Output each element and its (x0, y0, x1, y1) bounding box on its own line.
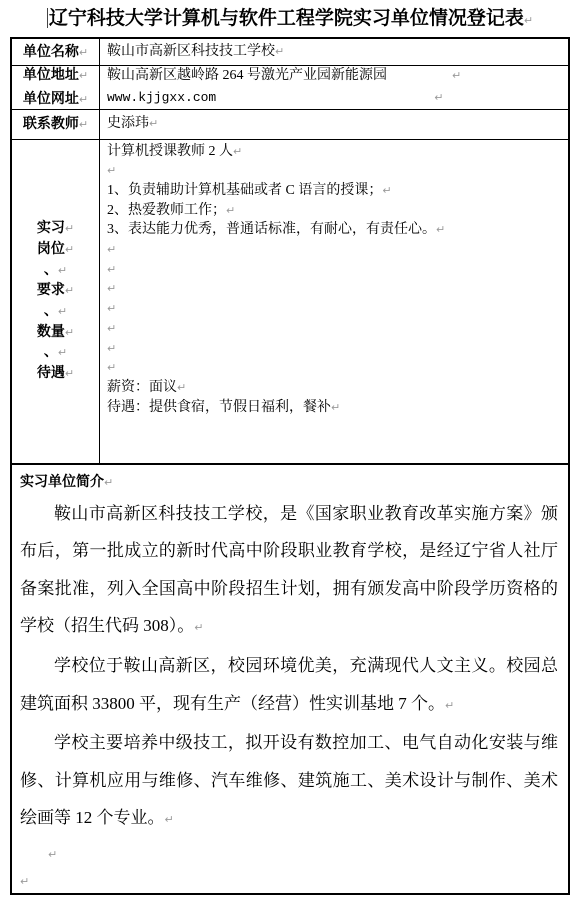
paragraph-mark-icon: ↵ (107, 243, 116, 256)
intro-heading: 实习单位简介 (20, 473, 104, 489)
paragraph-mark-icon: ↵ (382, 184, 391, 197)
unit-website-value: www.kjjgxx.com (107, 90, 216, 105)
paragraph-mark-icon: ↵ (331, 401, 340, 414)
salary-line: 薪资：面议 (107, 380, 177, 395)
paragraph-mark-icon: ↵ (445, 699, 454, 712)
address-website-value-cell: 鞍山高新区越岭路 264 号激光产业园新能源园↵ www.kjjgxx.com↵ (100, 66, 568, 109)
unit-website-label: 单位网址 (23, 90, 79, 106)
contact-teacher-value-cell: 史添玮↵ (100, 110, 568, 139)
internship-label-cell: 实习↵ 岗位↵ 、↵ 要求↵ 、↵ 数量↵ 、↵ 待遇↵ (12, 140, 100, 463)
paragraph-mark-icon: ↵ (65, 243, 74, 256)
paragraph-mark-icon: ↵ (226, 204, 235, 217)
internship-label-line: 数量 (37, 323, 65, 339)
blank-line: ↵ (107, 161, 568, 181)
paragraph-mark-icon: ↵ (58, 264, 67, 277)
registration-table: 单位名称↵ 鞍山市高新区科技技工学校↵ 单位地址↵ 单位网址↵ 鞍山高新区越岭路… (10, 37, 570, 895)
paragraph-mark-icon: ↵ (149, 117, 158, 130)
unit-name-value-cell: 鞍山市高新区科技技工学校↵ (100, 39, 568, 65)
intro-section: 实习单位简介↵ 鞍山市高新区科技技工学校，是《国家职业教育改革实施方案》颁布后，… (12, 465, 568, 893)
paragraph-mark-icon: ↵ (107, 263, 116, 276)
contact-teacher-label-cell: 联系教师↵ (12, 110, 100, 139)
internship-label-line: 岗位 (37, 240, 65, 256)
paragraph-mark-icon: ↵ (177, 381, 186, 394)
requirement-item: 1、负责辅助计算机基础或者 C 语言的授课； (107, 183, 382, 198)
unit-address-label: 单位地址 (23, 66, 79, 82)
contact-teacher-label: 联系教师 (23, 115, 79, 131)
intro-paragraph: 学校主要培养中级技工，拟开设有数控加工、电气自动化安装与维修、计算机应用与维修、… (20, 724, 558, 839)
trailing-blank-line: ↵ (20, 871, 558, 893)
page-title-text: 辽宁科技大学计算机与软件工程学院实习单位情况登记表 (49, 8, 524, 29)
requirement-item: 3、表达能力优秀，普通话标准，有耐心，有责任心。 (107, 222, 436, 237)
position-title: 计算机授课教师 2 人 (107, 144, 233, 159)
address-website-row: 单位地址↵ 单位网址↵ 鞍山高新区越岭路 264 号激光产业园新能源园↵ www… (12, 66, 568, 110)
blank-line: ↵ (107, 319, 568, 339)
paragraph-mark-icon: ↵ (436, 223, 445, 236)
paragraph-mark-icon: ↵ (194, 621, 203, 634)
blank-line: ↵ (107, 240, 568, 260)
paragraph-mark-icon: ↵ (107, 342, 116, 355)
intro-paragraph: 学校位于鞍山高新区，校园环境优美，充满现代人文主义。校园总建筑面积 33800 … (20, 647, 558, 724)
paragraph-mark-icon: ↵ (65, 222, 74, 235)
paragraph-mark-icon: ↵ (524, 14, 533, 27)
blank-line: ↵ (107, 279, 568, 299)
contact-teacher-row: 联系教师↵ 史添玮↵ (12, 110, 568, 140)
internship-label-line: 要求 (37, 281, 65, 297)
paragraph-mark-icon: ↵ (107, 282, 116, 295)
unit-address-value: 鞍山高新区越岭路 264 号激光产业园新能源园 (107, 68, 387, 83)
paragraph-mark-icon: ↵ (104, 476, 113, 489)
blank-line: ↵ (107, 358, 568, 378)
internship-label-line: 、 (44, 261, 58, 277)
paragraph-mark-icon: ↵ (107, 322, 116, 335)
paragraph-mark-icon: ↵ (79, 93, 88, 106)
blank-line: ↵ (107, 299, 568, 319)
blank-line: ↵ (107, 339, 568, 359)
internship-label-line: 、 (44, 343, 58, 359)
paragraph-mark-icon: ↵ (65, 326, 74, 339)
contact-teacher-value: 史添玮 (107, 116, 149, 131)
internship-label-line: 实习 (37, 219, 65, 235)
unit-name-value: 鞍山市高新区科技技工学校 (107, 44, 275, 59)
blank-line: ↵ (107, 260, 568, 280)
paragraph-mark-icon: ↵ (79, 46, 88, 59)
internship-label-line: 、 (44, 302, 58, 318)
paragraph-mark-icon: ↵ (79, 118, 88, 131)
unit-name-label: 单位名称 (23, 43, 79, 59)
text-cursor (47, 8, 48, 28)
internship-label-line: 待遇 (37, 364, 65, 380)
paragraph-mark-icon: ↵ (48, 848, 57, 861)
trailing-blank-line: ↵ (20, 839, 558, 871)
paragraph-mark-icon: ↵ (65, 367, 74, 380)
internship-row: 实习↵ 岗位↵ 、↵ 要求↵ 、↵ 数量↵ 、↵ 待遇↵ 计算机授课教师 2 人… (12, 140, 568, 465)
paragraph-mark-icon: ↵ (58, 305, 67, 318)
internship-content-cell: 计算机授课教师 2 人↵ ↵ 1、负责辅助计算机基础或者 C 语言的授课；↵ 2… (100, 140, 568, 463)
paragraph-mark-icon: ↵ (434, 91, 443, 104)
intro-paragraph: 鞍山市高新区科技技工学校，是《国家职业教育改革实施方案》颁布后，第一批成立的新时… (20, 495, 558, 647)
paragraph-mark-icon: ↵ (20, 875, 29, 888)
unit-name-label-cell: 单位名称↵ (12, 39, 100, 65)
paragraph-mark-icon: ↵ (165, 813, 174, 826)
paragraph-mark-icon: ↵ (107, 164, 116, 177)
address-website-label-cell: 单位地址↵ 单位网址↵ (12, 66, 100, 109)
paragraph-mark-icon: ↵ (58, 346, 67, 359)
paragraph-mark-icon: ↵ (275, 45, 284, 58)
paragraph-mark-icon: ↵ (107, 302, 116, 315)
benefits-line: 待遇：提供食宿，节假日福利，餐补 (107, 400, 331, 415)
paragraph-mark-icon: ↵ (452, 69, 461, 82)
page-title: 辽宁科技大学计算机与软件工程学院实习单位情况登记表↵ (0, 5, 580, 34)
unit-name-row: 单位名称↵ 鞍山市高新区科技技工学校↵ (12, 39, 568, 66)
requirement-item: 2、热爱教师工作； (107, 203, 226, 218)
paragraph-mark-icon: ↵ (107, 361, 116, 374)
paragraph-mark-icon: ↵ (79, 69, 88, 82)
paragraph-mark-icon: ↵ (233, 145, 242, 158)
paragraph-mark-icon: ↵ (65, 284, 74, 297)
